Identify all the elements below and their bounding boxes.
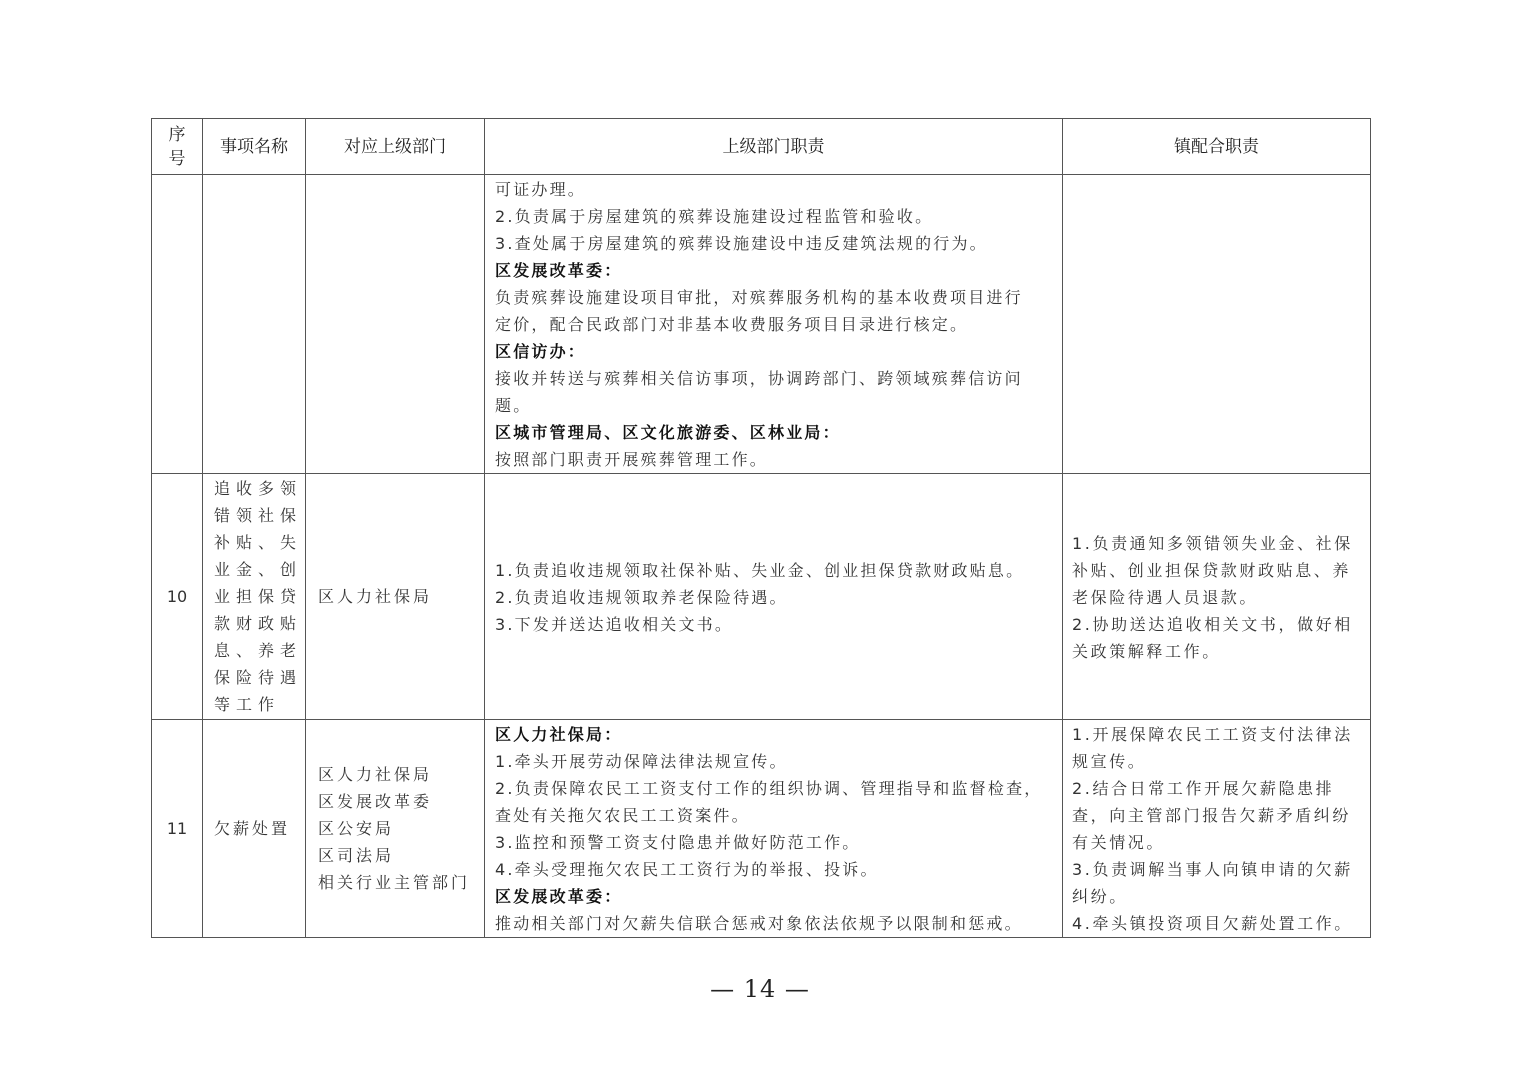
dept-name: 相关行业主管部门: [318, 869, 474, 896]
header-item-name: 事项名称: [203, 119, 306, 175]
town-duty-line: 有关情况。: [1072, 829, 1364, 856]
cell-superior-duty: 1.负责追收违规领取社保补贴、失业金、创业担保贷款财政贴息。 2.负责追收违规领…: [485, 474, 1063, 720]
cell-superior-dept: [306, 175, 485, 474]
item-name-line: 错领社保: [214, 502, 297, 529]
duty-dept-heading: 区发展改革委：: [495, 883, 1054, 910]
table-row: 11 欠薪处置 区人力社保局 区发展改革委 区公安局 区司法局 相关行业主管部门…: [152, 720, 1371, 938]
item-name-line: 等工作: [214, 691, 297, 718]
item-name-line: 保险待遇: [214, 664, 297, 691]
table-row: 10 追收多领 错领社保 补贴、失 业金、创 业担保贷 款财政贴 息、养老 保险…: [152, 474, 1371, 720]
header-serial-line2: 号: [152, 147, 202, 171]
duty-line: 2.负责保障农民工工资支付工作的组织协调、管理指导和监督检查，: [495, 775, 1054, 802]
duty-dept-heading: 区信访办：: [495, 338, 1054, 365]
duty-line: 可证办理。: [495, 176, 1054, 203]
duty-line: 接收并转送与殡葬相关信访事项，协调跨部门、跨领域殡葬信访问: [495, 365, 1054, 392]
town-duty-line: 关政策解释工作。: [1072, 638, 1364, 665]
duty-dept-heading: 区城市管理局、区文化旅游委、区林业局：: [495, 419, 1054, 446]
table-header-row: 序 号 事项名称 对应上级部门 上级部门职责 镇配合职责: [152, 119, 1371, 175]
town-duty-line: 老保险待遇人员退款。: [1072, 584, 1364, 611]
page-number: — 14 —: [0, 975, 1520, 1003]
duty-table: 序 号 事项名称 对应上级部门 上级部门职责 镇配合职责 可证办理。 2.负责属…: [151, 118, 1371, 938]
duty-dept-heading: 区人力社保局：: [495, 721, 1054, 748]
item-name-line: 业金、创: [214, 556, 297, 583]
cell-serial-number: 11: [152, 720, 203, 938]
town-duty-line: 3.负责调解当事人向镇申请的欠薪: [1072, 856, 1364, 883]
duty-line: 负责殡葬设施建设项目审批，对殡葬服务机构的基本收费项目进行: [495, 284, 1054, 311]
item-name-line: 息、养老: [214, 637, 297, 664]
header-town-duty: 镇配合职责: [1063, 119, 1371, 175]
town-duty-line: 补贴、创业担保贷款财政贴息、养: [1072, 557, 1364, 584]
town-duty-line: 2.协助送达追收相关文书，做好相: [1072, 611, 1364, 638]
cell-town-duty: 1.负责通知多领错领失业金、社保 补贴、创业担保贷款财政贴息、养 老保险待遇人员…: [1063, 474, 1371, 720]
cell-town-duty: 1.开展保障农民工工资支付法律法 规宣传。 2.结合日常工作开展欠薪隐患排 查，…: [1063, 720, 1371, 938]
duty-line: 2.负责追收违规领取养老保险待遇。: [495, 584, 1054, 611]
item-name-line: 追收多领: [214, 475, 297, 502]
duty-line: 2.负责属于房屋建筑的殡葬设施建设过程监管和验收。: [495, 203, 1054, 230]
cell-item-name: 追收多领 错领社保 补贴、失 业金、创 业担保贷 款财政贴 息、养老 保险待遇 …: [203, 474, 306, 720]
town-duty-line: 1.开展保障农民工工资支付法律法: [1072, 721, 1364, 748]
cell-superior-dept: 区人力社保局 区发展改革委 区公安局 区司法局 相关行业主管部门: [306, 720, 485, 938]
duty-line: 按照部门职责开展殡葬管理工作。: [495, 446, 1054, 473]
item-name-line: 业担保贷: [214, 583, 297, 610]
cell-superior-duty: 区人力社保局： 1.牵头开展劳动保障法律法规宣传。 2.负责保障农民工工资支付工…: [485, 720, 1063, 938]
dept-name: 区人力社保局: [318, 583, 474, 610]
table-row: 可证办理。 2.负责属于房屋建筑的殡葬设施建设过程监管和验收。 3.查处属于房屋…: [152, 175, 1371, 474]
dept-name: 区人力社保局: [318, 761, 474, 788]
header-superior-duty: 上级部门职责: [485, 119, 1063, 175]
duty-line: 推动相关部门对欠薪失信联合惩戒对象依法依规予以限制和惩戒。: [495, 910, 1054, 937]
item-name-line: 款财政贴: [214, 610, 297, 637]
cell-superior-duty: 可证办理。 2.负责属于房屋建筑的殡葬设施建设过程监管和验收。 3.查处属于房屋…: [485, 175, 1063, 474]
cell-serial-number: [152, 175, 203, 474]
header-serial-number: 序 号: [152, 119, 203, 175]
document-page: 序 号 事项名称 对应上级部门 上级部门职责 镇配合职责 可证办理。 2.负责属…: [0, 0, 1520, 1074]
duty-line: 3.下发并送达追收相关文书。: [495, 611, 1054, 638]
town-duty-line: 查，向主管部门报告欠薪矛盾纠纷: [1072, 802, 1364, 829]
dept-name: 区公安局: [318, 815, 474, 842]
cell-item-name: [203, 175, 306, 474]
cell-serial-number: 10: [152, 474, 203, 720]
duty-line: 1.负责追收违规领取社保补贴、失业金、创业担保贷款财政贴息。: [495, 557, 1054, 584]
duty-line: 4.牵头受理拖欠农民工工资行为的举报、投诉。: [495, 856, 1054, 883]
duty-line: 定价，配合民政部门对非基本收费服务项目目录进行核定。: [495, 311, 1054, 338]
duty-line: 3.查处属于房屋建筑的殡葬设施建设中违反建筑法规的行为。: [495, 230, 1054, 257]
dept-name: 区发展改革委: [318, 788, 474, 815]
dept-name: 区司法局: [318, 842, 474, 869]
duty-line: 题。: [495, 392, 1054, 419]
town-duty-line: 1.负责通知多领错领失业金、社保: [1072, 530, 1364, 557]
duty-line: 1.牵头开展劳动保障法律法规宣传。: [495, 748, 1054, 775]
town-duty-line: 2.结合日常工作开展欠薪隐患排: [1072, 775, 1364, 802]
town-duty-line: 规宣传。: [1072, 748, 1364, 775]
duty-line: 3.监控和预警工资支付隐患并做好防范工作。: [495, 829, 1054, 856]
header-superior-dept: 对应上级部门: [306, 119, 485, 175]
header-serial-line1: 序: [152, 123, 202, 147]
cell-town-duty: [1063, 175, 1371, 474]
duty-dept-heading: 区发展改革委：: [495, 257, 1054, 284]
cell-item-name: 欠薪处置: [203, 720, 306, 938]
cell-superior-dept: 区人力社保局: [306, 474, 485, 720]
town-duty-line: 纠纷。: [1072, 883, 1364, 910]
item-name-line: 补贴、失: [214, 529, 297, 556]
duty-line: 查处有关拖欠农民工工资案件。: [495, 802, 1054, 829]
town-duty-line: 4.牵头镇投资项目欠薪处置工作。: [1072, 910, 1364, 937]
